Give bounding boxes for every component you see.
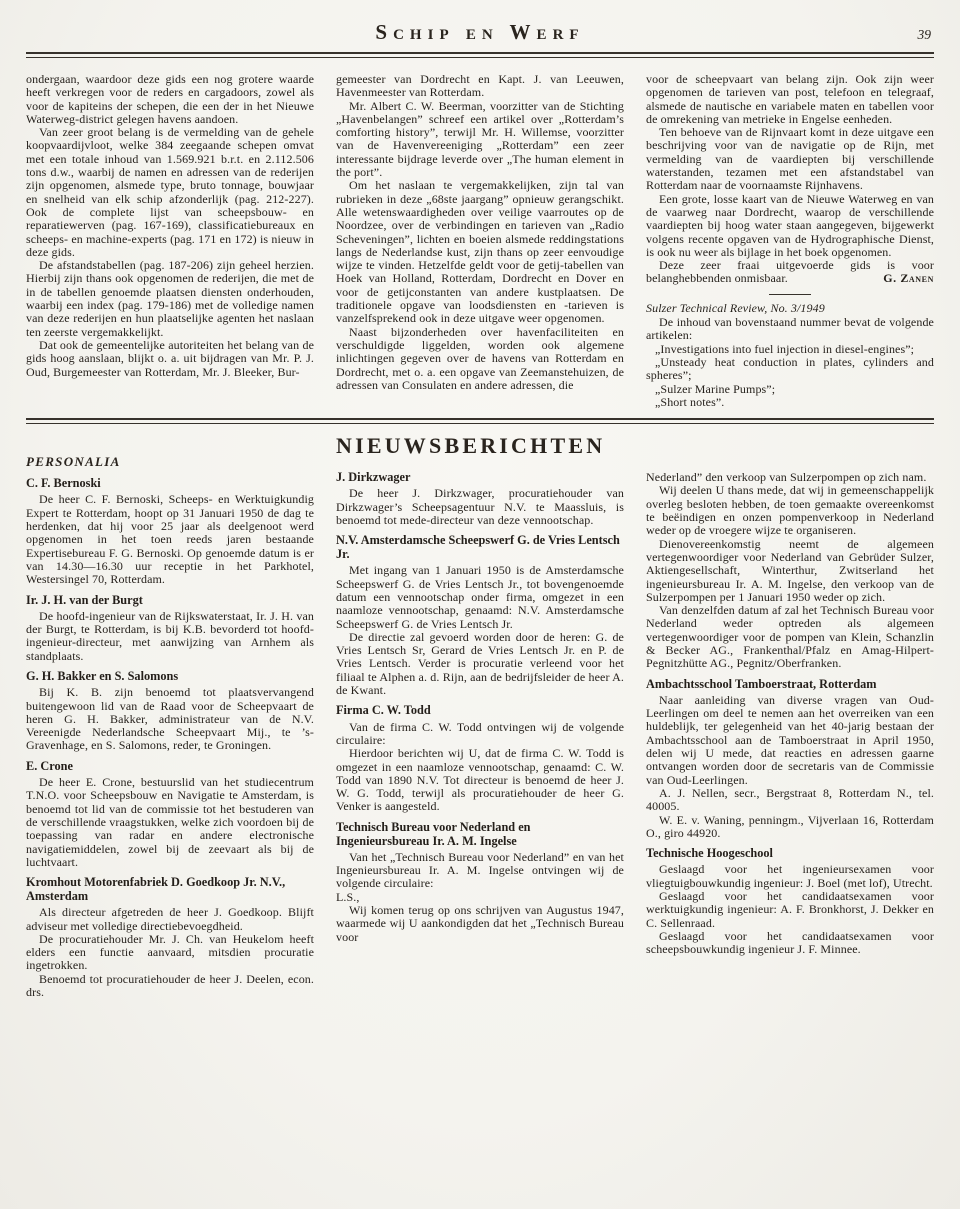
entry-paragraph: Bij K. B. zijn benoemd tot plaatsvervang… bbox=[26, 686, 314, 752]
entry-paragraph: De heer E. Crone, bestuurslid van het st… bbox=[26, 776, 314, 869]
nieuwsberichten-columns: J. Dirkzwager De heer J. Dirkzwager, pro… bbox=[336, 471, 934, 956]
article-paragraph: voor de scheepvaart van belang zijn. Ook… bbox=[646, 73, 934, 126]
article-paragraph: Een grote, losse kaart van de Nieuwe Wat… bbox=[646, 193, 934, 259]
entry-title: G. H. Bakker en S. Salomons bbox=[26, 670, 314, 684]
review-intro: De inhoud van bovenstaand nummer bevat d… bbox=[646, 316, 934, 343]
review-item: „Unsteady heat conduction in plates, cyl… bbox=[646, 356, 934, 383]
news-entry: Ambachtsschool Tamboerstraat, Rotterdam … bbox=[646, 678, 934, 841]
news-lead-paragraph: Nederland” den verkoop van Sulzerpompen … bbox=[646, 471, 934, 484]
article-paragraph: ondergaan, waardoor deze gids een nog gr… bbox=[26, 73, 314, 126]
entry-title: Technische Hoogeschool bbox=[646, 847, 934, 861]
entry-title: Firma C. W. Todd bbox=[336, 704, 624, 718]
news-lead-paragraph: Van denzelfden datum af zal het Technisc… bbox=[646, 604, 934, 670]
news-lead-paragraph: Dienovereenkomstig neemt de algemeen ver… bbox=[646, 538, 934, 604]
review-item: „Short notes”. bbox=[646, 396, 934, 409]
journal-title: Schip en Werf bbox=[375, 20, 584, 45]
article-paragraph: Mr. Albert C. W. Beerman, voorzitter van… bbox=[336, 100, 624, 180]
article-column-1: ondergaan, waardoor deze gids een nog gr… bbox=[26, 73, 314, 409]
review-title: Sulzer Technical Review, No. 3/1949 bbox=[646, 302, 934, 315]
section-divider-rule bbox=[26, 418, 934, 424]
journal-page: Schip en Werf 39 ondergaan, waardoor dez… bbox=[0, 0, 960, 1209]
entry-title: C. F. Bernoski bbox=[26, 477, 314, 491]
entry-title: Kromhout Motorenfabriek D. Goedkoop Jr. … bbox=[26, 876, 314, 904]
news-entry: Firma C. W. Todd Van de firma C. W. Todd… bbox=[336, 704, 624, 813]
article-paragraph: Naast bijzonderheden over havenfacilitei… bbox=[336, 326, 624, 392]
article-paragraph: Om het naslaan te vergemakkelijken, zijn… bbox=[336, 179, 624, 325]
entry-paragraph: Naar aanleiding van diverse vragen van O… bbox=[646, 694, 934, 787]
news-entry: Technische Hoogeschool Geslaagd voor het… bbox=[646, 847, 934, 956]
entry-paragraph: De heer C. F. Bernoski, Scheeps- en Werk… bbox=[26, 493, 314, 586]
personalia-entry: Ir. J. H. van der Burgt De hoofd-ingenie… bbox=[26, 594, 314, 663]
news-column-1: J. Dirkzwager De heer J. Dirkzwager, pro… bbox=[336, 471, 624, 956]
entry-title: E. Crone bbox=[26, 760, 314, 774]
entry-paragraph: W. E. v. Waning, penningm., Vijverlaan 1… bbox=[646, 814, 934, 841]
entry-paragraph: Van de firma C. W. Todd ontvingen wij de… bbox=[336, 721, 624, 748]
entry-title: N.V. Amsterdamsche Scheepswerf G. de Vri… bbox=[336, 534, 624, 562]
article-column-3: voor de scheepvaart van belang zijn. Ook… bbox=[646, 73, 934, 409]
entry-paragraph: De procuratiehouder Mr. J. Ch. van Heuke… bbox=[26, 933, 314, 973]
news-entry: Technisch Bureau voor Nederland en Ingen… bbox=[336, 821, 624, 944]
article-paragraph: Van zeer groot belang is de vermelding v… bbox=[26, 126, 314, 259]
entry-paragraph: Wij komen terug op ons schrijven van Aug… bbox=[336, 904, 624, 944]
review-divider-rule bbox=[769, 294, 811, 295]
bottom-section: PERSONALIA C. F. Bernoski De heer C. F. … bbox=[26, 428, 934, 999]
entry-paragraph: Van het „Technisch Bureau voor Nederland… bbox=[336, 851, 624, 891]
personalia-entry: Kromhout Motorenfabriek D. Goedkoop Jr. … bbox=[26, 876, 314, 999]
entry-paragraph: Als directeur afgetreden de heer J. Goed… bbox=[26, 906, 314, 933]
article-column-2: gemeester van Dordrecht en Kapt. J. van … bbox=[336, 73, 624, 409]
review-item: „Sulzer Marine Pumps”; bbox=[646, 383, 934, 396]
entry-title: Technisch Bureau voor Nederland en Ingen… bbox=[336, 821, 624, 849]
page-number: 39 bbox=[918, 27, 932, 43]
entry-paragraph: Geslaagd voor het ingenieursexamen voor … bbox=[646, 863, 934, 890]
masthead-rule bbox=[26, 52, 934, 58]
personalia-heading: PERSONALIA bbox=[26, 454, 314, 470]
entry-paragraph: Geslaagd voor het candidaatsexamen voor … bbox=[646, 930, 934, 957]
entry-title: J. Dirkzwager bbox=[336, 471, 624, 485]
entry-paragraph: Met ingang van 1 Januari 1950 is de Amst… bbox=[336, 564, 624, 630]
personalia-entry: G. H. Bakker en S. Salomons Bij K. B. zi… bbox=[26, 670, 314, 753]
entry-paragraph: A. J. Nellen, secr., Bergstraat 8, Rotte… bbox=[646, 787, 934, 814]
entry-paragraph: Geslaagd voor het candidaatsexamen voor … bbox=[646, 890, 934, 930]
entry-title: Ambachtsschool Tamboerstraat, Rotterdam bbox=[646, 678, 934, 692]
entry-paragraph: Hierdoor berichten wij U, dat de firma C… bbox=[336, 747, 624, 813]
entry-paragraph: Benoemd tot procuratiehouder de heer J. … bbox=[26, 973, 314, 1000]
personalia-entry: C. F. Bernoski De heer C. F. Bernoski, S… bbox=[26, 477, 314, 586]
article-paragraph: gemeester van Dordrecht en Kapt. J. van … bbox=[336, 73, 624, 100]
entry-paragraph: L.S., bbox=[336, 891, 624, 904]
news-lead-paragraph: Wij deelen U thans mede, dat wij in geme… bbox=[646, 484, 934, 537]
article-paragraph: Ten behoeve van de Rijnvaart komt in dez… bbox=[646, 126, 934, 192]
personalia-entry: E. Crone De heer E. Crone, bestuurslid v… bbox=[26, 760, 314, 869]
article-top-section: ondergaan, waardoor deze gids een nog gr… bbox=[26, 73, 934, 409]
nieuwsberichten-section: NIEUWSBERICHTEN J. Dirkzwager De heer J.… bbox=[336, 428, 934, 999]
article-paragraph: Dat ook de gemeentelijke autoriteiten he… bbox=[26, 339, 314, 379]
masthead: Schip en Werf 39 bbox=[26, 20, 934, 50]
nieuwsberichten-heading: NIEUWSBERICHTEN bbox=[336, 433, 934, 459]
personalia-section: PERSONALIA C. F. Bernoski De heer C. F. … bbox=[26, 428, 314, 999]
article-paragraph: De afstandstabellen (pag. 187-206) zijn … bbox=[26, 259, 314, 339]
entry-paragraph: De hoofd-ingenieur van de Rijkswaterstaa… bbox=[26, 610, 314, 663]
review-item: „Investigations into fuel injection in d… bbox=[646, 343, 934, 356]
news-entry: J. Dirkzwager De heer J. Dirkzwager, pro… bbox=[336, 471, 624, 527]
news-column-2: Nederland” den verkoop van Sulzerpompen … bbox=[646, 471, 934, 956]
entry-paragraph: De directie zal gevoerd worden door de h… bbox=[336, 631, 624, 697]
entry-title: Ir. J. H. van der Burgt bbox=[26, 594, 314, 608]
entry-paragraph: De heer J. Dirkzwager, procuratiehouder … bbox=[336, 487, 624, 527]
article-closing-paragraph: Deze zeer fraai uitgevoerde gids is voor… bbox=[646, 259, 934, 286]
author-signature: G. Zanen bbox=[870, 272, 934, 285]
news-entry: N.V. Amsterdamsche Scheepswerf G. de Vri… bbox=[336, 534, 624, 697]
